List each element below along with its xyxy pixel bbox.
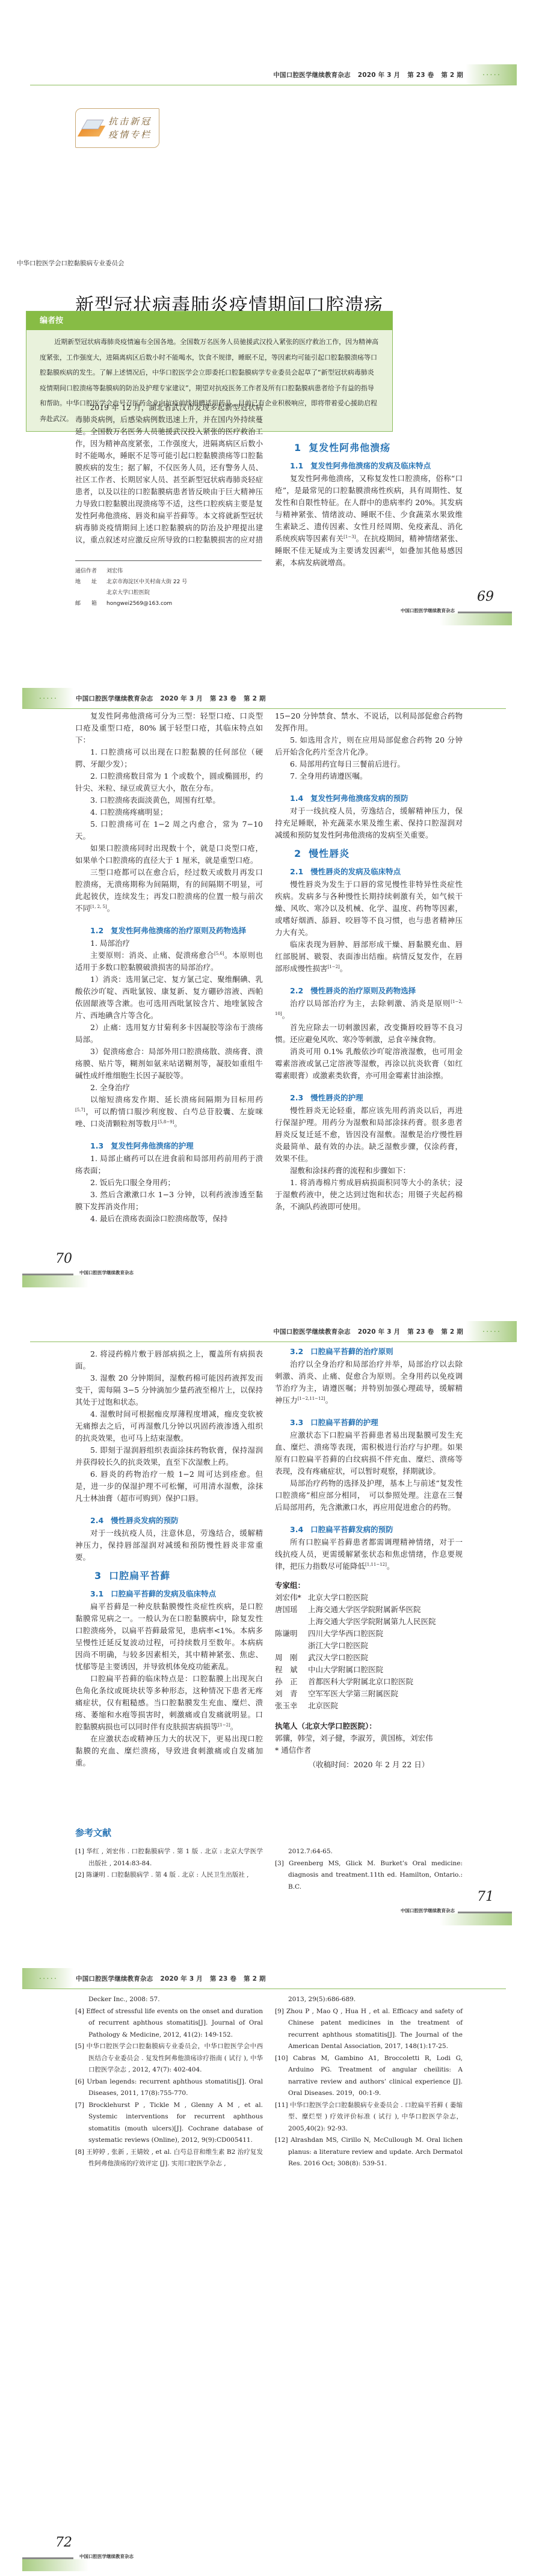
column-left: 2019 年 12 月，湖北省武汉市发现多起新型冠状病毒肺炎病例，后感染病例数迅… xyxy=(75,402,263,546)
paragraph: 在应激状态或精神压力大的状况下，更易出现口腔黏膜的充血、糜烂溃疡，导致进食刺激痛… xyxy=(75,1733,263,1769)
paragraph: 扁平苔藓是一种皮肤黏膜慢性炎症性疾病，是口腔黏膜常见病之一。一般认为在口腔黏膜病… xyxy=(75,1601,263,1673)
address-line-2: 北京大学口腔医院 xyxy=(106,587,262,598)
column-right: 1复发性阿弗他溃疡 1.1复发性阿弗他溃疡的发病及临床特点 复发性阿弗他溃疡，又… xyxy=(275,402,463,569)
journal-name: 中国口腔医学继续教育杂志 xyxy=(76,694,153,703)
reference-item: [6] Urban legends: recurrent aphthous st… xyxy=(75,2076,263,2100)
journal-issue: 第 2 期 xyxy=(244,1974,266,1983)
citation[interactable]: [4] xyxy=(386,547,392,551)
journal-name: 中国口腔医学继续教育杂志 xyxy=(273,70,350,79)
expert-row: 张玉幸北京医院 xyxy=(275,1700,463,1712)
journal-volume: 第 23 卷 xyxy=(210,694,236,703)
citation[interactable]: [1−2] xyxy=(328,964,340,969)
section-1-3-heading: 1.3复发性阿弗他溃疡的护理 xyxy=(75,1139,263,1153)
writers-label: 执笔人（北京大学口腔医院）： xyxy=(275,1720,463,1732)
list-item: 1. 口腔溃疡可以出现在口腔黏膜的任何部位（硬腭、牙龈少发）； xyxy=(75,746,263,770)
list-item: 3. 湿敷 20 分钟期间，湿敷药棉可能因药液挥发而变干，需每隔 3−5 分钟滴… xyxy=(75,1372,263,1408)
reference-item: 2013, 29(5):686-689. xyxy=(275,1994,463,2006)
journal-date: 2020 年 3 月 xyxy=(160,694,203,703)
subheading-local-treatment: 1. 局部治疗 xyxy=(75,937,263,949)
journal-issue: 第 2 期 xyxy=(441,70,463,79)
section-2-3-heading: 2.3慢性唇炎的护理 xyxy=(275,1091,463,1105)
reference-item: [5] 中华口腔医学会口腔黏膜病专业委员会，中华口腔医学会中西医结合专业委员会 … xyxy=(75,2041,263,2076)
journal-volume: 第 23 卷 xyxy=(407,1327,434,1336)
paragraph: 湿敷和涂抹药膏的流程和步骤如下： xyxy=(275,1165,463,1177)
journal-name: 中国口腔医学继续教育杂志 xyxy=(273,1327,350,1336)
journal-volume: 第 23 卷 xyxy=(210,1974,236,1983)
section-3-heading: 3口腔扁平苔藓 xyxy=(75,1567,263,1585)
section-1-heading: 1复发性阿弗他溃疡 xyxy=(275,439,463,457)
reference-item: [1] 华红 , 刘宏伟 . 口腔黏膜病学 . 第 1 版 . 北京 : 北京大… xyxy=(75,1846,263,1869)
paragraph: 治疗以全身治疗和局部治疗并举，局部治疗以去除刺激、消炎、止痛、促愈合为原则。全身… xyxy=(275,1358,463,1406)
citation[interactable]: [5,6] xyxy=(214,951,224,956)
list-item: 4. 湿敷时间可根据痂皮厚薄程度增减，痂皮变软被无痛擦去之后，可再湿敷几分钟以巩… xyxy=(75,1408,263,1444)
page-71: 中国口腔医学继续教育杂志 2020 年 3 月 第 23 卷 第 2 期 · ·… xyxy=(0,1288,536,1932)
list-item: 7. 全身用药请遵医嘱。 xyxy=(275,770,463,782)
references-left: Decker Inc., 2008: 57. [4] Effect of str… xyxy=(75,1994,263,2170)
citation[interactable]: [1, 2, 5] xyxy=(90,904,107,909)
paragraph: 消炎可用 0.1% 乳酸依沙吖啶溶液湿敷，也可用金霉素溶液或氯己定溶液等湿敷，再… xyxy=(275,1046,463,1082)
badge-line-1: 抗击新冠 xyxy=(108,115,152,128)
running-header: 中国口腔医学继续教育杂志 2020 年 3 月 第 23 卷 第 2 期 · ·… xyxy=(30,1321,517,1342)
section-1-1-heading: 1.1复发性阿弗他溃疡的发病及临床特点 xyxy=(275,459,463,473)
expert-row: 陈谦明四川大学华西口腔医院 xyxy=(275,1628,463,1640)
list-item: 3. 然后含漱漱口水 1−3 分钟，以利药液渗透至黏膜下发挥消炎作用； xyxy=(75,1189,263,1213)
page-footer: 71 中国口腔医学继续教育杂志 xyxy=(356,1889,512,1925)
list-item: 2）止痛：选用复方甘菊利多卡因凝胶等涂布于溃疡局部。 xyxy=(75,1022,263,1046)
list-item: 5. 即刻于湿润唇组织表面涂抹药物软膏，保持湿润并获得较长久的抗炎效果，直至下次… xyxy=(75,1444,263,1468)
header-dots-decoration: · · · · · xyxy=(466,64,517,85)
list-item: 2. 口腔溃疡数目常为 1 个或数个，圆或椭圆形，约针尖、米粒、绿豆或黄豆大小，… xyxy=(75,770,263,794)
intro-paragraph: 2019 年 12 月，湖北省武汉市发现多起新型冠状病毒肺炎病例，后感染病例数迅… xyxy=(75,402,263,546)
paragraph: 所有口腔扁平苔藓患者都需调理精神情绪，对于一线抗疫人员，更需缓解紧张状态和焦虑情… xyxy=(275,1536,463,1572)
page-number: 71 xyxy=(477,1889,494,1904)
section-1-2-heading: 1.2复发性阿弗他溃疡的治疗原则及药物选择 xyxy=(75,924,263,937)
paragraph: 应激状态下口腔扁平苔藓患者易出现黏膜可发生充血、糜烂、溃疡等表现，需积极进行治疗… xyxy=(275,1429,463,1477)
section-2-2-heading: 2.2慢性唇炎的治疗原则及药物选择 xyxy=(275,984,463,998)
list-item: 1）消炎：选用氯己定、复方氯己定、聚维酮碘、乳酸依沙吖啶、西吡氯铵、康复新、复方… xyxy=(75,974,263,1022)
reference-item: Decker Inc., 2008: 57. xyxy=(75,1994,263,2006)
section-2-4-heading: 2.4慢性唇炎发病的预防 xyxy=(75,1514,263,1527)
paragraph: 复发性阿弗他溃疡可分为三型：轻型口疮、口炎型口疮及重型口疮，80% 属于轻型口疮… xyxy=(75,710,263,746)
page-number: 69 xyxy=(477,589,494,604)
section-3-2-heading: 3.2口腔扁平苔藓的治疗原则 xyxy=(275,1345,463,1358)
journal-date: 2020 年 3 月 xyxy=(160,1974,203,1983)
paragraph: 对于一线抗疫人员，注意休息，劳逸结合，缓解精神压力，保持唇部湿润对减缓和预防慢性… xyxy=(75,1527,263,1563)
list-item: 4. 最后在溃疡表面涂口腔溃疡散等，保持 xyxy=(75,1213,263,1225)
list-item: 1. 将消毒棉片剪成唇病损面积同等大小的条状；浸于湿敷药液中，使之达到过饱和状态… xyxy=(275,1177,463,1213)
email-link[interactable]: hongwei2569@163.com xyxy=(106,598,262,609)
page-number: 72 xyxy=(55,2535,72,2550)
header-dots-decoration: · · · · · xyxy=(466,1321,517,1342)
page-footer: 69 中国口腔医学继续教育杂志 xyxy=(356,589,512,625)
reference-item: [3] Greenberg MS, Glick M. Burket’s Oral… xyxy=(275,1858,463,1894)
section-3-1-heading: 3.1口腔扁平苔藓的发病及临床特点 xyxy=(75,1587,263,1601)
list-item: 2. 将浸药棉片敷于唇部病损之上，覆盖所有病损表面。 xyxy=(75,1348,263,1372)
journal-date: 2020 年 3 月 xyxy=(358,70,401,79)
author-name: 刘宏伟 xyxy=(106,566,262,577)
expert-group-label: 专家组： xyxy=(275,1580,463,1592)
running-header: · · · · · 中国口腔医学继续教育杂志 2020 年 3 月 第 23 卷… xyxy=(22,688,506,709)
section-2-1-heading: 2.1慢性唇炎的发病及临床特点 xyxy=(275,865,463,879)
paragraph: 对于一线抗疫人员，劳逸结合，缓解精神压力，保持充足睡眠，补充蔬菜水果及维生素、保… xyxy=(275,805,463,841)
journal-date: 2020 年 3 月 xyxy=(358,1327,401,1336)
reference-item: [8] 王婷婷 , 张新 , 王婧姣 , et al. 白芍总苷和维生素 B2 … xyxy=(75,2147,263,2170)
citation[interactable]: [5,8−9] xyxy=(158,1120,174,1124)
paragraph: 如果口腔溃疡同时出现数十个，就是口炎型口疮，如果单个口腔溃疡的直径大于 1 厘米… xyxy=(75,842,263,866)
section-1-1-paragraph: 复发性阿弗他溃疡，又称复发性口腔溃疡，俗称“口疮”，是最常见的口腔黏膜溃疡性疾病… xyxy=(275,473,463,569)
paragraph: 15−20 分钟禁食、禁水、不说话，以利局部促愈合药物发挥作用。 xyxy=(275,710,463,734)
page-70: · · · · · 中国口腔医学继续教育杂志 2020 年 3 月 第 23 卷… xyxy=(0,644,536,1288)
address-label: 地 址 xyxy=(75,577,106,587)
reference-item: [7] Brocklehurst P , Tickle M , Glenny A… xyxy=(75,2100,263,2147)
column-right: 15−20 分钟禁食、禁水、不说话，以利局部促愈合药物发挥作用。 5. 如选用含… xyxy=(275,710,463,1213)
list-item: 1. 局部止痛药可以在进食前和局部用药前用药于溃疡表面； xyxy=(75,1153,263,1177)
paragraph: 慢性唇炎为发生于口唇的常见慢性非特异性炎症性疾病。发病多与各种慢性长期持续刺激有… xyxy=(275,879,463,939)
expert-row: 孙 正首都医科大学附属北京口腔医院 xyxy=(275,1676,463,1688)
citation[interactable]: [5,7] xyxy=(75,1108,85,1112)
reference-item: [4] Effect of stressful life events on t… xyxy=(75,2006,263,2041)
received-date: （收稿时间：2020 年 2 月 22 日） xyxy=(275,1759,463,1771)
expert-row: 刘 青空军军医大学第三附属医院 xyxy=(275,1688,463,1700)
paragraph: 以缩短溃疡发作期、延长溃疡间隔期为目标用药[5,7]，可以酌情口服沙利度胺、白芍… xyxy=(75,1094,263,1130)
column-badge: 抗击新冠 疫情专栏 xyxy=(75,108,159,148)
journal-issue: 第 2 期 xyxy=(441,1327,463,1336)
paragraph: 主要原则：消炎、止痛、促溃疡愈合[5,6]。本原则也适用于多数口腔黏膜破溃损害的… xyxy=(75,949,263,974)
address-line-1: 北京市海淀区中关村南大街 22 号 xyxy=(106,577,262,587)
paragraph: 三型口疮都可以在愈合后，经过数天或数月再发口腔溃疡，无溃疡期称为间隔期，有的间隔… xyxy=(75,866,263,915)
journal-volume: 第 23 卷 xyxy=(407,70,434,79)
page-footer: 72 中国口腔医学继续教育杂志 xyxy=(22,2535,179,2571)
section-3-3-heading: 3.3口腔扁平苔藓的护理 xyxy=(275,1416,463,1429)
citation[interactable]: [1−2,11−12] xyxy=(298,1396,325,1401)
paragraph: 口腔扁平苔藓的临床特点是：口腔黏膜上出现灰白色角化条纹或斑块状等多种形态，这种情… xyxy=(75,1673,263,1733)
expert-row: 程 斌中山大学附属口腔医院 xyxy=(275,1664,463,1676)
author-organization: 中华口腔医学会口腔黏膜病专业委员会 xyxy=(17,259,125,268)
paragraph: 局部治疗药物的选择及护理，基本上与前述“复发性口腔溃疡”相应部分相同， 可以参照… xyxy=(275,1477,463,1513)
expert-row: 刘宏伟*北京大学口腔医院 xyxy=(275,1592,463,1604)
list-item: 5. 口腔溃疡可在 1−2 周之内愈合，常为 7−10 天。 xyxy=(75,818,263,842)
running-header: · · · · · 中国口腔医学继续教育杂志 2020 年 3 月 第 23 卷… xyxy=(22,1968,506,1989)
email-label: 邮 箱 xyxy=(75,598,106,609)
paragraph: 慢性唇炎无论轻重，都应该先用药消炎以后，再进行保湿护理。用药分为湿敷和局部涂抹药… xyxy=(275,1105,463,1165)
section-1-4-heading: 1.4复发性阿弗他溃疡发病的预防 xyxy=(275,792,463,805)
paragraph: 首先应除去一切刺激因素，改变撕唇咬唇等不良习惯。还应避免风吹、寒冷等刺激，忌食辛… xyxy=(275,1022,463,1046)
page-number: 70 xyxy=(55,1251,72,1266)
expert-group: 专家组： 刘宏伟*北京大学口腔医院 唐国瑶上海交通大学医学院附属新华医院 上海交… xyxy=(275,1580,463,1771)
citation[interactable]: [1,11−12] xyxy=(365,1562,387,1567)
expert-row: 浙江大学口腔医院 xyxy=(275,1640,463,1652)
list-item: 3）促溃疡愈合：局部外用口腔溃疡散、溃疡膏、溃疡膜、贴片等，糊剂如氨来呫诺糊剂等… xyxy=(75,1046,263,1082)
list-item: 6. 唇炎的药物治疗一般 1−2 周可达到痊愈。但是，进一步的保湿护理不可松懈，… xyxy=(75,1468,263,1504)
header-dots-decoration: · · · · · xyxy=(22,688,73,709)
journal-name: 中国口腔医学继续教育杂志 xyxy=(76,1974,153,1983)
expert-row: 上海交通大学医学院附属第九人民医院 xyxy=(275,1616,463,1628)
expert-row: 周 刚武汉大学口腔医院 xyxy=(275,1652,463,1664)
running-header: 中国口腔医学继续教育杂志 2020 年 3 月 第 23 卷 第 2 期 · ·… xyxy=(30,64,517,85)
journal-issue: 第 2 期 xyxy=(244,694,266,703)
citation[interactable]: [1−2] xyxy=(218,1723,230,1728)
references-heading: 参考文献 xyxy=(75,1826,111,1839)
reference-item: [9] Zhou P , Mao Q , Hua H , et al. Effi… xyxy=(275,2006,463,2053)
corresponding-note: * 通信作者 xyxy=(275,1744,463,1756)
expert-row: 唐国瑶上海交通大学医学院附属新华医院 xyxy=(275,1604,463,1616)
writers-list: 郭骧，韩莹，刘子健，李淑芳，黄国栋，刘宏伟 xyxy=(275,1732,463,1744)
column-left: 2. 将浸药棉片敷于唇部病损之上，覆盖所有病损表面。 3. 湿敷 20 分钟期间… xyxy=(75,1348,263,1769)
column-left: 复发性阿弗他溃疡可分为三型：轻型口疮、口炎型口疮及重型口疮，80% 属于轻型口疮… xyxy=(75,710,263,1225)
header-dots-decoration: · · · · · xyxy=(22,1968,73,1989)
reference-item: [10] Cabras M, Gambino A1, Broccoletti R… xyxy=(275,2053,463,2100)
references-right: 2013, 29(5):686-689. [9] Zhou P , Mao Q … xyxy=(275,1994,463,2170)
author-label: 通信作者 xyxy=(75,566,106,577)
paragraph: 治疗以局部治疗为主，去除刺激、消炎是原则[1−2, 10]。 xyxy=(275,998,463,1022)
list-item: 4. 口腔溃疡疼痛明显； xyxy=(75,806,263,818)
section-2-heading: 2慢性唇炎 xyxy=(275,845,463,863)
list-item: 6. 局部用药宜每日三餐前后进行。 xyxy=(275,758,463,770)
list-item: 3. 口腔溃疡表面淡黄色，周围有红晕。 xyxy=(75,794,263,806)
column-right: 3.2口腔扁平苔藓的治疗原则 治疗以全身治疗和局部治疗并举，局部治疗以去除刺激、… xyxy=(275,1345,463,1771)
reference-item: [11] 中华口腔医学会口腔黏膜病专业委员会 . 口腔扁平苔藓 ( 萎缩型、糜烂… xyxy=(275,2100,463,2135)
reference-item: [12] Alrashdan MS, Cirillo N, McCullough… xyxy=(275,2135,463,2170)
open-book-icon xyxy=(78,115,107,141)
page-69: 中国口腔医学继续教育杂志 2020 年 3 月 第 23 卷 第 2 期 · ·… xyxy=(0,0,536,644)
subheading-systemic-treatment: 2. 全身治疗 xyxy=(75,1082,263,1094)
page-footer: 70 中国口腔医学继续教育杂志 xyxy=(22,1251,179,1287)
badge-line-2: 疫情专栏 xyxy=(108,128,152,141)
contact-info: 通信作者刘宏伟 地 址北京市海淀区中关村南大街 22 号 北京大学口腔医院 邮 … xyxy=(75,560,262,609)
page-72: · · · · · 中国口腔医学继续教育杂志 2020 年 3 月 第 23 卷… xyxy=(0,1932,536,2576)
reference-item: [2] 陈谦明 . 口腔黏膜病学 . 第 4 版 . 北京 : 人民卫生出版社 … xyxy=(75,1869,263,1881)
list-item: 5. 如选用含片，则在应用局部促愈合药物 20 分钟后开始含化药片至含片化净。 xyxy=(275,734,463,758)
reference-item: 2012.7:64-65. xyxy=(275,1846,463,1858)
citation[interactable]: [1−3] xyxy=(343,535,356,539)
section-3-4-heading: 3.4口腔扁平苔藓发病的预防 xyxy=(275,1523,463,1536)
references-left: [1] 华红 , 刘宏伟 . 口腔黏膜病学 . 第 1 版 . 北京 : 北京大… xyxy=(75,1846,263,1881)
list-item: 2. 饭后先口服全身用药； xyxy=(75,1177,263,1189)
editor-note-heading: 编者按 xyxy=(26,311,392,330)
paragraph: 临床表现为唇肿、唇部形成干燥、唇黏膜充血、唇红部脱屑、皲裂、表面渗出结痂。病情反… xyxy=(275,939,463,975)
references-right: 2012.7:64-65. [3] Greenberg MS, Glick M.… xyxy=(275,1846,463,1893)
